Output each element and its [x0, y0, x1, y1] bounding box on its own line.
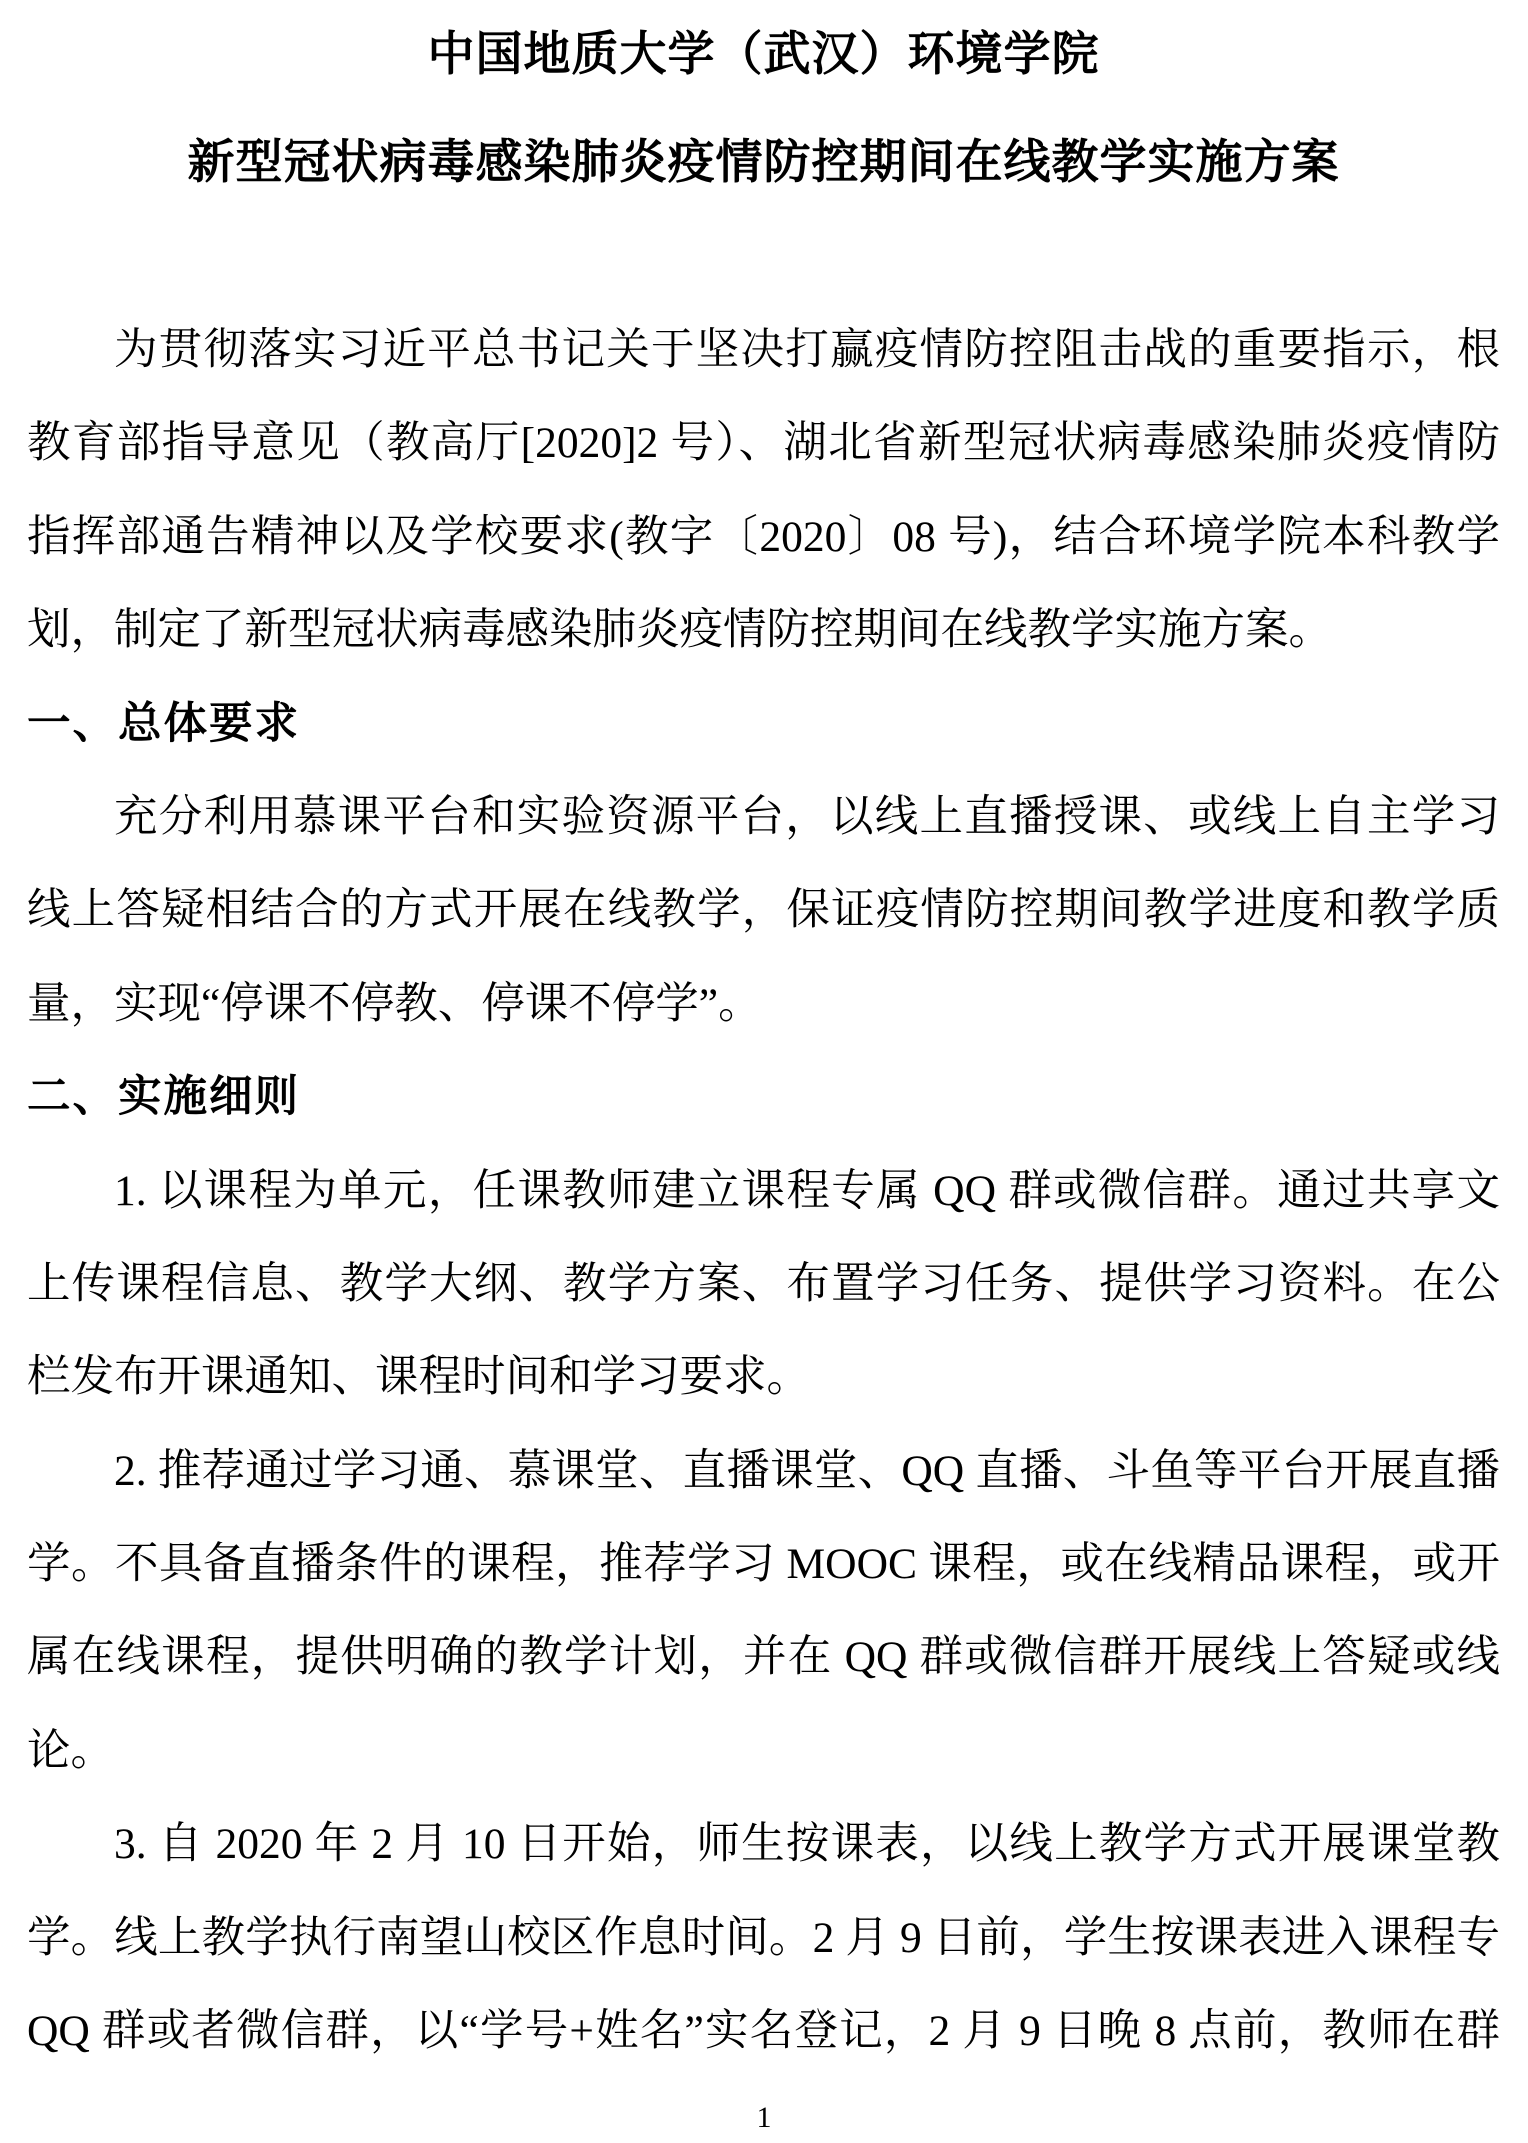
- body-line: 充分利用慕课平台和实验资源平台，以线上直播授课、或线上自主学习和: [27, 771, 1500, 864]
- body-line: QQ 群或者微信群，以“学号+姓名”实名登记，2 月 9 日晚 8 点前，教师在…: [27, 1985, 1500, 2078]
- body-line: 划，制定了新型冠状病毒感染肺炎疫情防控期间在线教学实施方案。: [27, 584, 1500, 677]
- section-heading-1: 一、总体要求: [27, 678, 1500, 771]
- body-line: 为贯彻落实习近平总书记关于坚决打赢疫情防控阻击战的重要指示，根据: [27, 304, 1500, 397]
- body-line: 上传课程信息、教学大纲、教学方案、布置学习任务、提供学习资料。在公告: [27, 1238, 1500, 1331]
- body-line: 指挥部通告精神以及学校要求(教字〔2020〕08 号)，结合环境学院本科教学计: [27, 491, 1500, 584]
- body-line: 2. 推荐通过学习通、慕课堂、直播课堂、QQ 直播、斗鱼等平台开展直播教: [27, 1425, 1500, 1518]
- document-header: 中国地质大学（武汉）环境学院 新型冠状病毒感染肺炎疫情防控期间在线教学实施方案: [27, 0, 1500, 216]
- body-line: 学。线上教学执行南望山校区作息时间。2 月 9 日前，学生按课表进入课程专属: [27, 1892, 1500, 1985]
- body-line: 1. 以课程为单元，任课教师建立课程专属 QQ 群或微信群。通过共享文档: [27, 1145, 1500, 1238]
- document-page: 中国地质大学（武汉）环境学院 新型冠状病毒感染肺炎疫情防控期间在线教学实施方案 …: [0, 0, 1528, 2143]
- body-line: 论。: [27, 1705, 1500, 1798]
- body-line: 属在线课程，提供明确的教学计划，并在 QQ 群或微信群开展线上答疑或线上讨: [27, 1611, 1500, 1704]
- body-line: 学。不具备直播条件的课程，推荐学习 MOOC 课程，或在线精品课程，或开设专: [27, 1518, 1500, 1611]
- body-line: 教育部指导意见（教高厅[2020]2 号）、湖北省新型冠状病毒感染肺炎疫情防控: [27, 397, 1500, 490]
- body-line: 量，实现“停课不停教、停课不停学”。: [27, 958, 1500, 1051]
- page-number: 1: [0, 2100, 1528, 2136]
- body-line: 栏发布开课通知、课程时间和学习要求。: [27, 1331, 1500, 1424]
- body-line: 3. 自 2020 年 2 月 10 日开始，师生按课表，以线上教学方式开展课堂…: [27, 1798, 1500, 1891]
- doc-title-line-1: 中国地质大学（武汉）环境学院: [27, 0, 1500, 108]
- section-heading-2: 二、实施细则: [27, 1051, 1500, 1144]
- doc-title-line-2: 新型冠状病毒感染肺炎疫情防控期间在线教学实施方案: [27, 108, 1500, 216]
- body-line: 线上答疑相结合的方式开展在线教学，保证疫情防控期间教学进度和教学质: [27, 864, 1500, 957]
- document-body: 为贯彻落实习近平总书记关于坚决打赢疫情防控阻击战的重要指示，根据 教育部指导意见…: [27, 304, 1500, 2078]
